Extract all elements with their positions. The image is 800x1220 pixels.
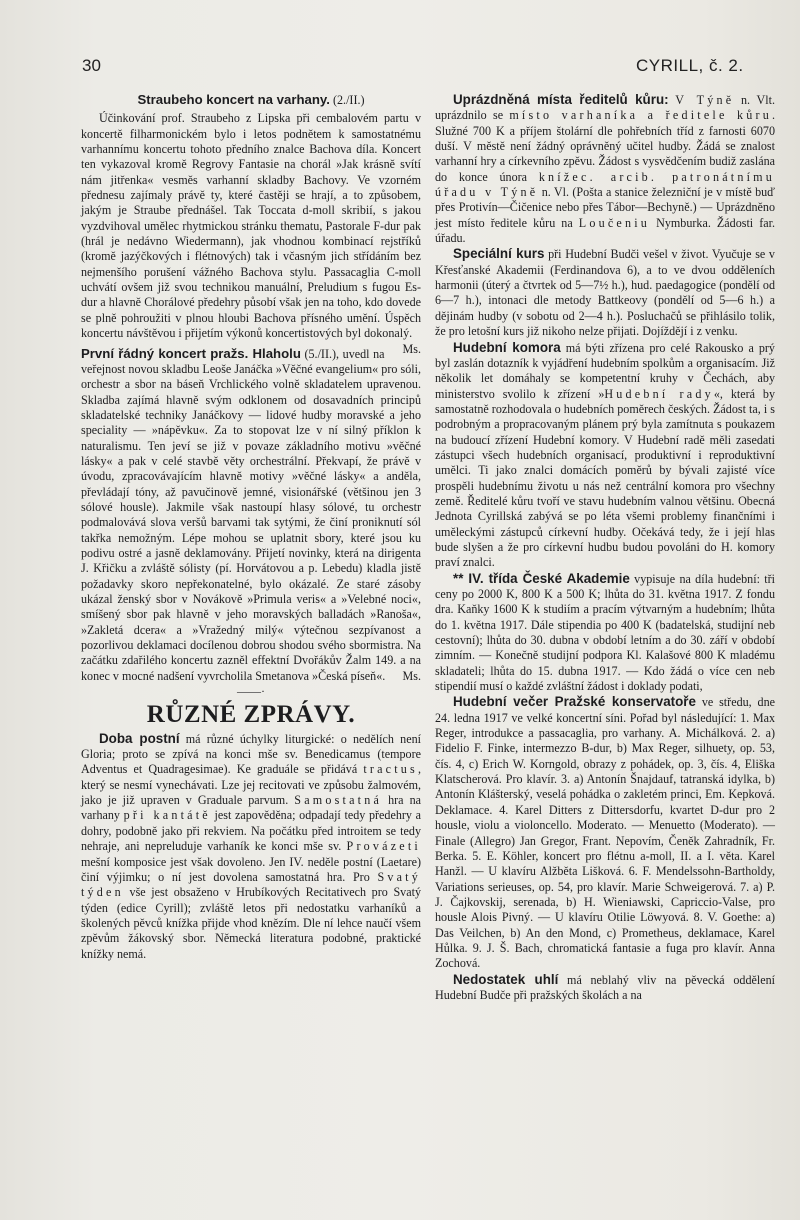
spaced-term: Hudební rady [604,387,713,401]
article-title: První řádný koncert pražs. Hlaholu [81,346,301,361]
running-title: CYRILL, č. 2. [636,56,744,76]
article-body: První řádný koncert pražs. Hlaholu (5./I… [81,346,421,685]
article-title: Straubeho koncert na varhany. [137,92,330,107]
news-item: Uprázdněná místa ředitelů kůru: V Týně n… [435,92,775,246]
news-text: vypisuje na díla hudební: tři ceny po 20… [435,572,775,693]
news-text: vše jest obsaženo v Hrubíkových Recitati… [81,885,421,960]
page-number: 30 [82,56,101,76]
news-text: ve středu, dne 24. ledna 1917 ve velké k… [435,695,775,970]
news-lead: ** IV. třída České Akademie [453,571,630,586]
spaced-term: při kantátě [124,808,211,822]
news-item: Hudební večer Pražské konservatoře ve st… [435,694,775,971]
news-lead: Speciální kurs [453,246,544,261]
news-item: Nedostatek uhlí má neblahý vliv na pěvec… [435,972,775,1004]
news-lead: Hudební komora [453,340,561,355]
spaced-term: tractus [363,762,418,776]
article-date: (2./II.) [333,93,365,107]
spaced-term: Loučeniu [579,216,650,230]
spaced-term: místo varhaníka a ředitele kůru [509,108,772,122]
right-column: Uprázdněná místa ředitelů kůru: V Týně n… [435,92,775,1003]
news-text: «, která by samostatně rozhodovala o hud… [435,387,775,570]
article-text: Účinkování prof. Straubeho z Lipska při … [81,111,421,340]
article-date: (5./II.), [304,347,339,361]
news-item: Speciální kurs při Hudební Budči vešel v… [435,246,775,339]
section-separator: ——· [81,684,421,699]
news-lead: Doba postní [99,731,180,746]
spaced-term: V Týně [675,93,734,107]
news-lead: Nedostatek uhlí [453,972,558,987]
article-heading: Straubeho koncert na varhany. (2./II.) [81,92,421,108]
article-body: Účinkování prof. Straubeho z Lipska při … [81,111,421,341]
spaced-term: Provázeti [347,839,421,853]
spaced-term: Samostatná [294,793,382,807]
news-item: Doba postní má různé úchylky liturgické:… [81,731,421,962]
article-text: uvedl na veřejnost novou skladbu Leoše J… [81,347,421,683]
left-column: Straubeho koncert na varhany. (2./II.) Ú… [81,92,421,962]
journal-page: 30 CYRILL, č. 2. Straubeho koncert na va… [0,0,800,1220]
news-item: ** IV. třída České Akademie vypisuje na … [435,571,775,695]
article-signature: Ms. [403,669,421,684]
news-text: mešní komposice jest však dovoleno. Jen … [81,855,421,884]
news-lead: Uprázdněná místa ředitelů kůru: [453,92,669,107]
article-signature: Ms. [385,342,421,357]
news-item: Hudební komora má býti zřízena pro celé … [435,340,775,571]
section-title: RŮZNÉ ZPRÁVY. [81,707,421,722]
news-lead: Hudební večer Pražské konservatoře [453,694,696,709]
